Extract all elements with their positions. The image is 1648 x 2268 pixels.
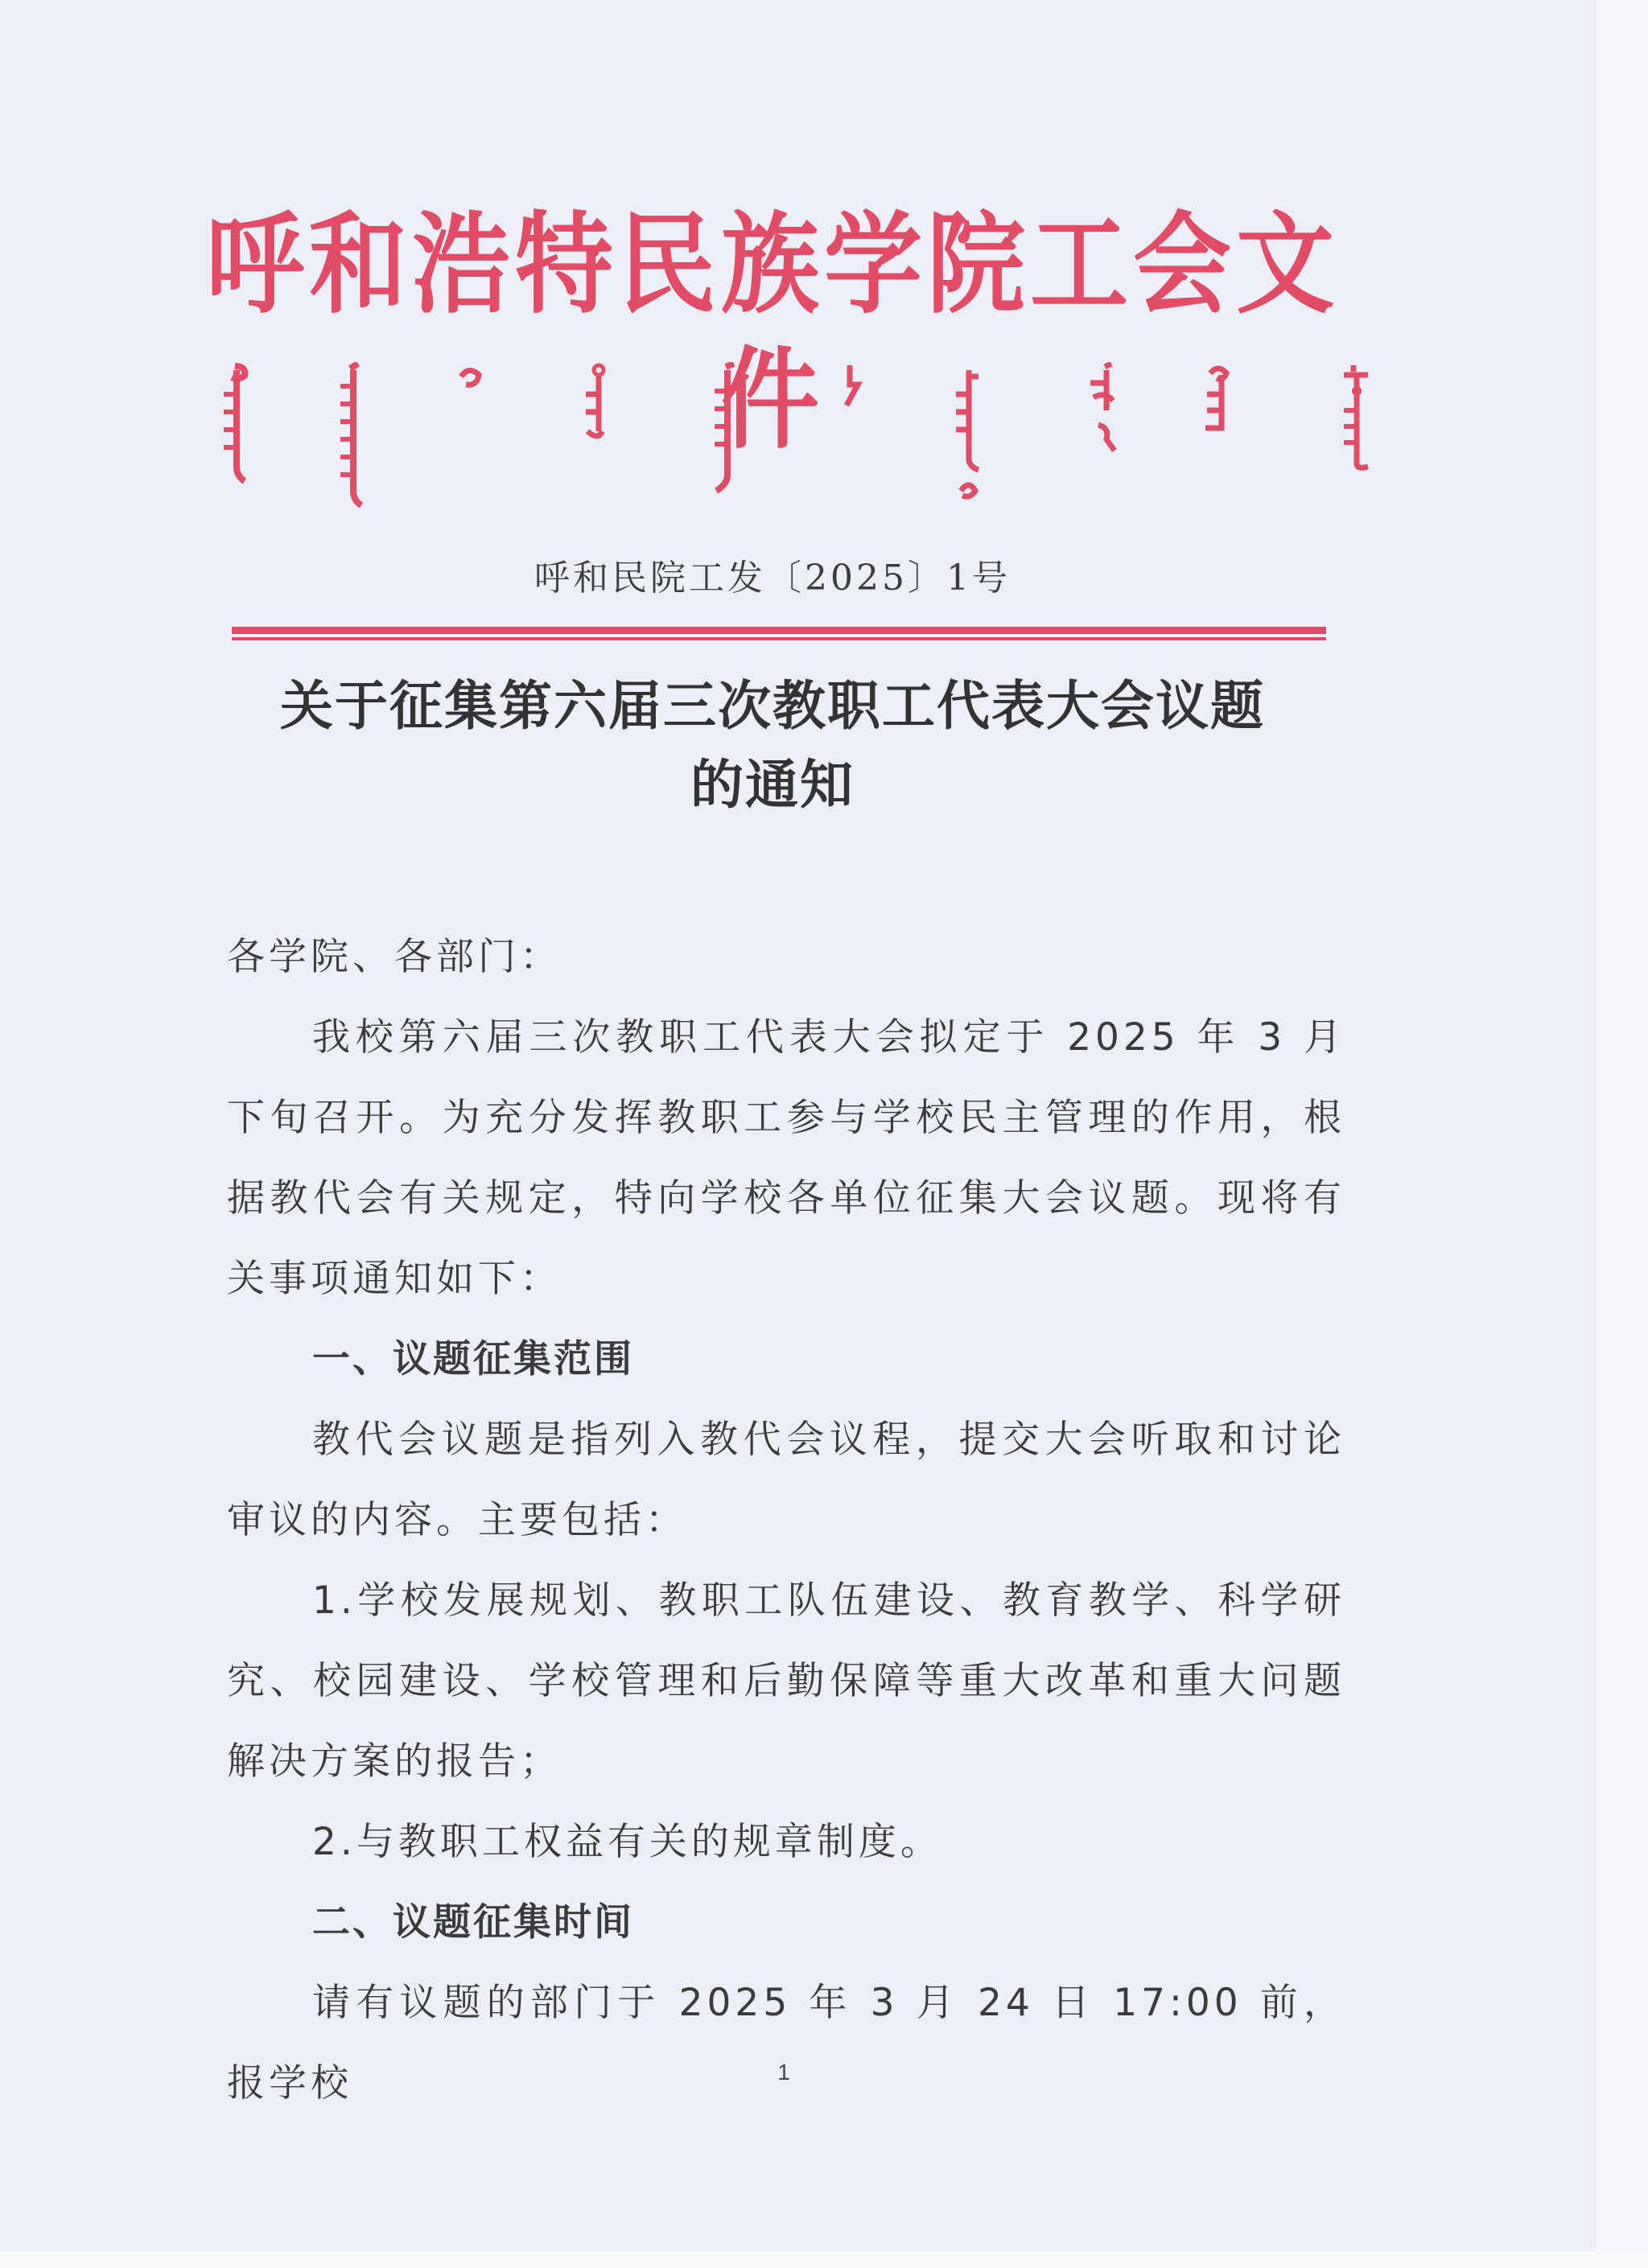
- time-paragraph: 请有议题的部门于 2025 年 3 月 24 日 17:00 前，报学校: [227, 1963, 1345, 2124]
- document-title-line: 关于征集第六届三次教职工代表大会议题: [201, 666, 1344, 745]
- scope-item-2: 2.与教职工权益有关的规章制度。: [227, 1802, 1345, 1883]
- document-title-line: 的通知: [201, 745, 1344, 824]
- mongolian-word-icon: [1082, 362, 1118, 467]
- mongolian-word-icon: [708, 362, 740, 499]
- intro-paragraph: 我校第六届三次教职工代表大会拟定于 2025 年 3 月下旬召开。为充分发挥教职…: [227, 998, 1345, 1319]
- scan-edge-right: [1595, 0, 1648, 2268]
- salutation: 各学院、各部门：: [227, 917, 1345, 998]
- mongolian-word-icon: [455, 362, 487, 402]
- page-number: 1: [0, 2060, 1568, 2085]
- red-divider-thin: [232, 637, 1326, 640]
- scope-item-1: 1.学校发展规划、教职工队伍建设、教育教学、科学研究、校园建设、学校管理和后勤保…: [227, 1561, 1345, 1802]
- mongolian-word-icon: [334, 362, 366, 515]
- mongolian-word-icon: [217, 362, 249, 499]
- document-title: 关于征集第六届三次教职工代表大会议题 的通知: [201, 666, 1344, 824]
- document-number: 呼和民院工发〔2025〕1号: [0, 549, 1545, 600]
- scope-paragraph: 教代会议题是指列入教代会议程，提交大会听取和讨论审议的内容。主要包括：: [227, 1400, 1345, 1561]
- mongolian-word-icon: [950, 362, 982, 507]
- scan-edge-bottom: [0, 2251, 1648, 2268]
- document-body: 各学院、各部门： 我校第六届三次教职工代表大会拟定于 2025 年 3 月下旬召…: [227, 917, 1345, 2124]
- issuer-header-mongolian: [193, 362, 1352, 515]
- section-heading-time: 二、议题征集时间: [227, 1883, 1345, 1963]
- section-heading-scope: 一、议题征集范围: [227, 1319, 1345, 1400]
- red-divider-thick: [232, 627, 1326, 634]
- mongolian-word-icon: [1199, 362, 1231, 434]
- mongolian-word-icon: [1336, 362, 1371, 475]
- mongolian-word-icon: [837, 362, 869, 410]
- mongolian-word-icon: [579, 362, 612, 442]
